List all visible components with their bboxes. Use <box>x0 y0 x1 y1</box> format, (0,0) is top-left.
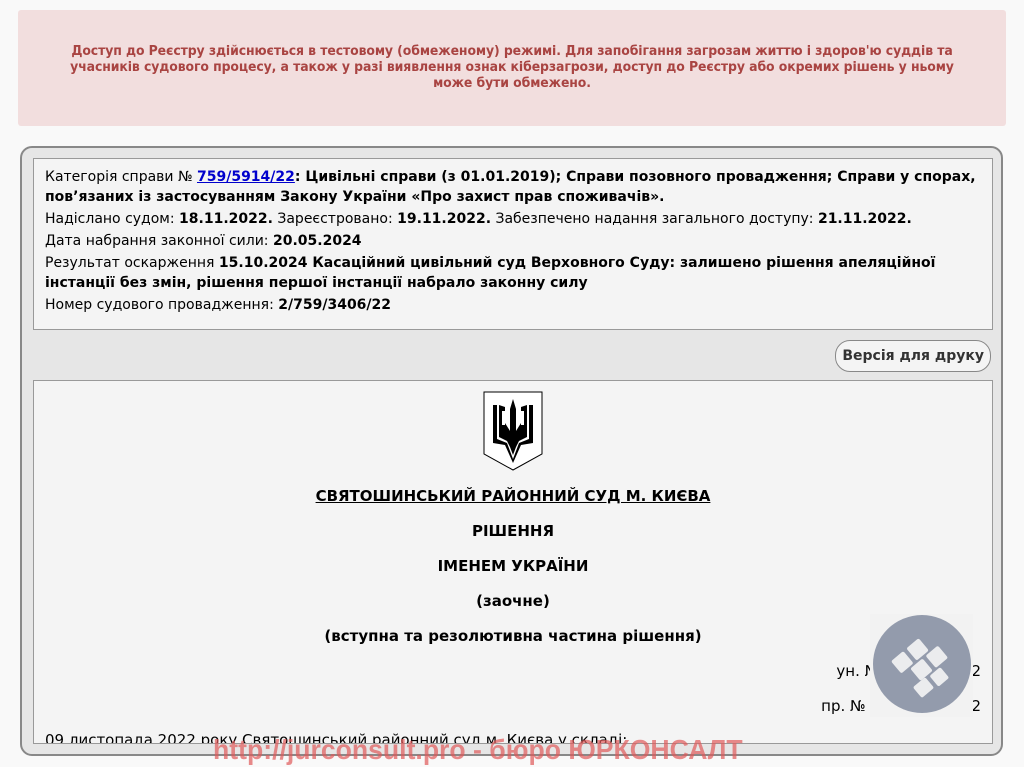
sent-value: 18.11.2022. <box>179 211 273 227</box>
restricted-access-alert: Доступ до Реєстру здійснюється в тестово… <box>18 10 1006 126</box>
jurconsult-logo-icon <box>870 614 973 717</box>
decision-title: РІШЕННЯ <box>34 522 992 540</box>
case-category-row: Категорія справи № 759/5914/22: Цивільні… <box>45 167 981 207</box>
decision-type: (заочне) <box>34 592 992 610</box>
effective-value: 20.05.2024 <box>273 233 362 249</box>
access-value: 21.11.2022. <box>818 211 912 227</box>
decision-subtitle: ІМЕНЕМ УКРАЇНИ <box>34 557 992 575</box>
effective-label: Дата набрання законної сили: <box>45 233 273 249</box>
decision-part: (вступна та резолютивна частина рішення) <box>34 627 992 645</box>
sent-label: Надіслано судом: <box>45 211 179 227</box>
appeal-result-row: Результат оскарження 15.10.2024 Касаційн… <box>45 253 981 293</box>
ukraine-coat-of-arms-icon <box>483 391 543 471</box>
appeal-label: Результат оскарження <box>45 255 219 271</box>
proceeding-label: Номер судового провадження: <box>45 297 278 313</box>
case-info-panel: Категорія справи № 759/5914/22: Цивільні… <box>33 158 993 330</box>
print-version-button[interactable]: Версія для друку <box>835 340 991 372</box>
court-name: СВЯТОШИНСЬКИЙ РАЙОННИЙ СУД М. КИЄВА <box>34 487 992 505</box>
proceeding-number-row: Номер судового провадження: 2/759/3406/2… <box>45 295 981 315</box>
decision-container: Категорія справи № 759/5914/22: Цивільні… <box>20 146 1003 756</box>
watermark-text: http://jurconsult.pro - бюро ЮРКОНСАЛТ <box>213 734 743 766</box>
alert-text: Доступ до Реєстру здійснюється в тестово… <box>67 44 956 92</box>
registered-value: 19.11.2022. <box>397 211 491 227</box>
dates-row: Надіслано судом: 18.11.2022. Зареєстрова… <box>45 209 981 229</box>
effective-date-row: Дата набрання законної сили: 20.05.2024 <box>45 231 981 251</box>
access-label: Забезпечено надання загального доступу: <box>491 211 818 227</box>
case-number-link[interactable]: 759/5914/22 <box>197 169 295 185</box>
registered-label: Зареєстровано: <box>273 211 397 227</box>
category-label: Категорія справи № <box>45 169 197 185</box>
decision-document: СВЯТОШИНСЬКИЙ РАЙОННИЙ СУД М. КИЄВА РІШЕ… <box>33 380 993 744</box>
proceeding-value: 2/759/3406/22 <box>278 297 391 313</box>
